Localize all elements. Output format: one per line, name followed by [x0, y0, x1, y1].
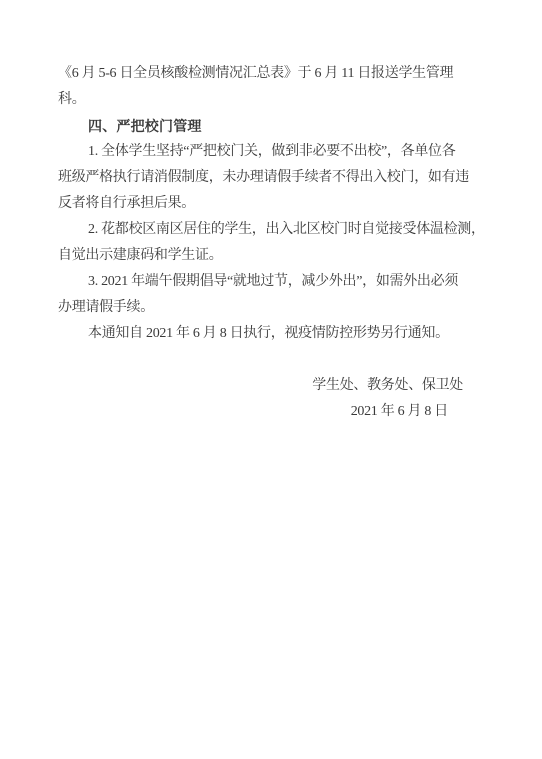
date-line: 2021 年 6 月 8 日: [58, 399, 464, 425]
body-line: 反者将自行承担后果。: [58, 191, 464, 217]
document-page: 《6 月 5-6 日全员核酸检测情况汇总表》于 6 月 11 日报送学生管理 科…: [0, 0, 542, 759]
body-line: 1. 全体学生坚持“严把校门关，做到非必要不出校”，各单位各: [58, 139, 464, 165]
body-line: 《6 月 5-6 日全员核酸检测情况汇总表》于 6 月 11 日报送学生管理: [58, 61, 464, 87]
body-line: 科。: [58, 87, 464, 113]
blank-line: [58, 347, 464, 373]
document-text-block: 《6 月 5-6 日全员核酸检测情况汇总表》于 6 月 11 日报送学生管理 科…: [58, 61, 464, 425]
body-line: 办理请假手续。: [58, 295, 464, 321]
body-line: 2. 花都校区南区居住的学生，出入北区校门时自觉接受体温检测，: [58, 217, 464, 243]
body-line: 自觉出示建康码和学生证。: [58, 243, 464, 269]
section-heading: 四、严把校门管理: [58, 113, 464, 139]
signature-line: 学生处、教务处、保卫处: [58, 373, 464, 399]
body-line: 3. 2021 年端午假期倡导“就地过节，减少外出”，如需外出必须: [58, 269, 464, 295]
body-line: 班级严格执行请消假制度，未办理请假手续者不得出入校门，如有违: [58, 165, 464, 191]
body-line: 本通知自 2021 年 6 月 8 日执行，视疫情防控形势另行通知。: [58, 321, 464, 347]
